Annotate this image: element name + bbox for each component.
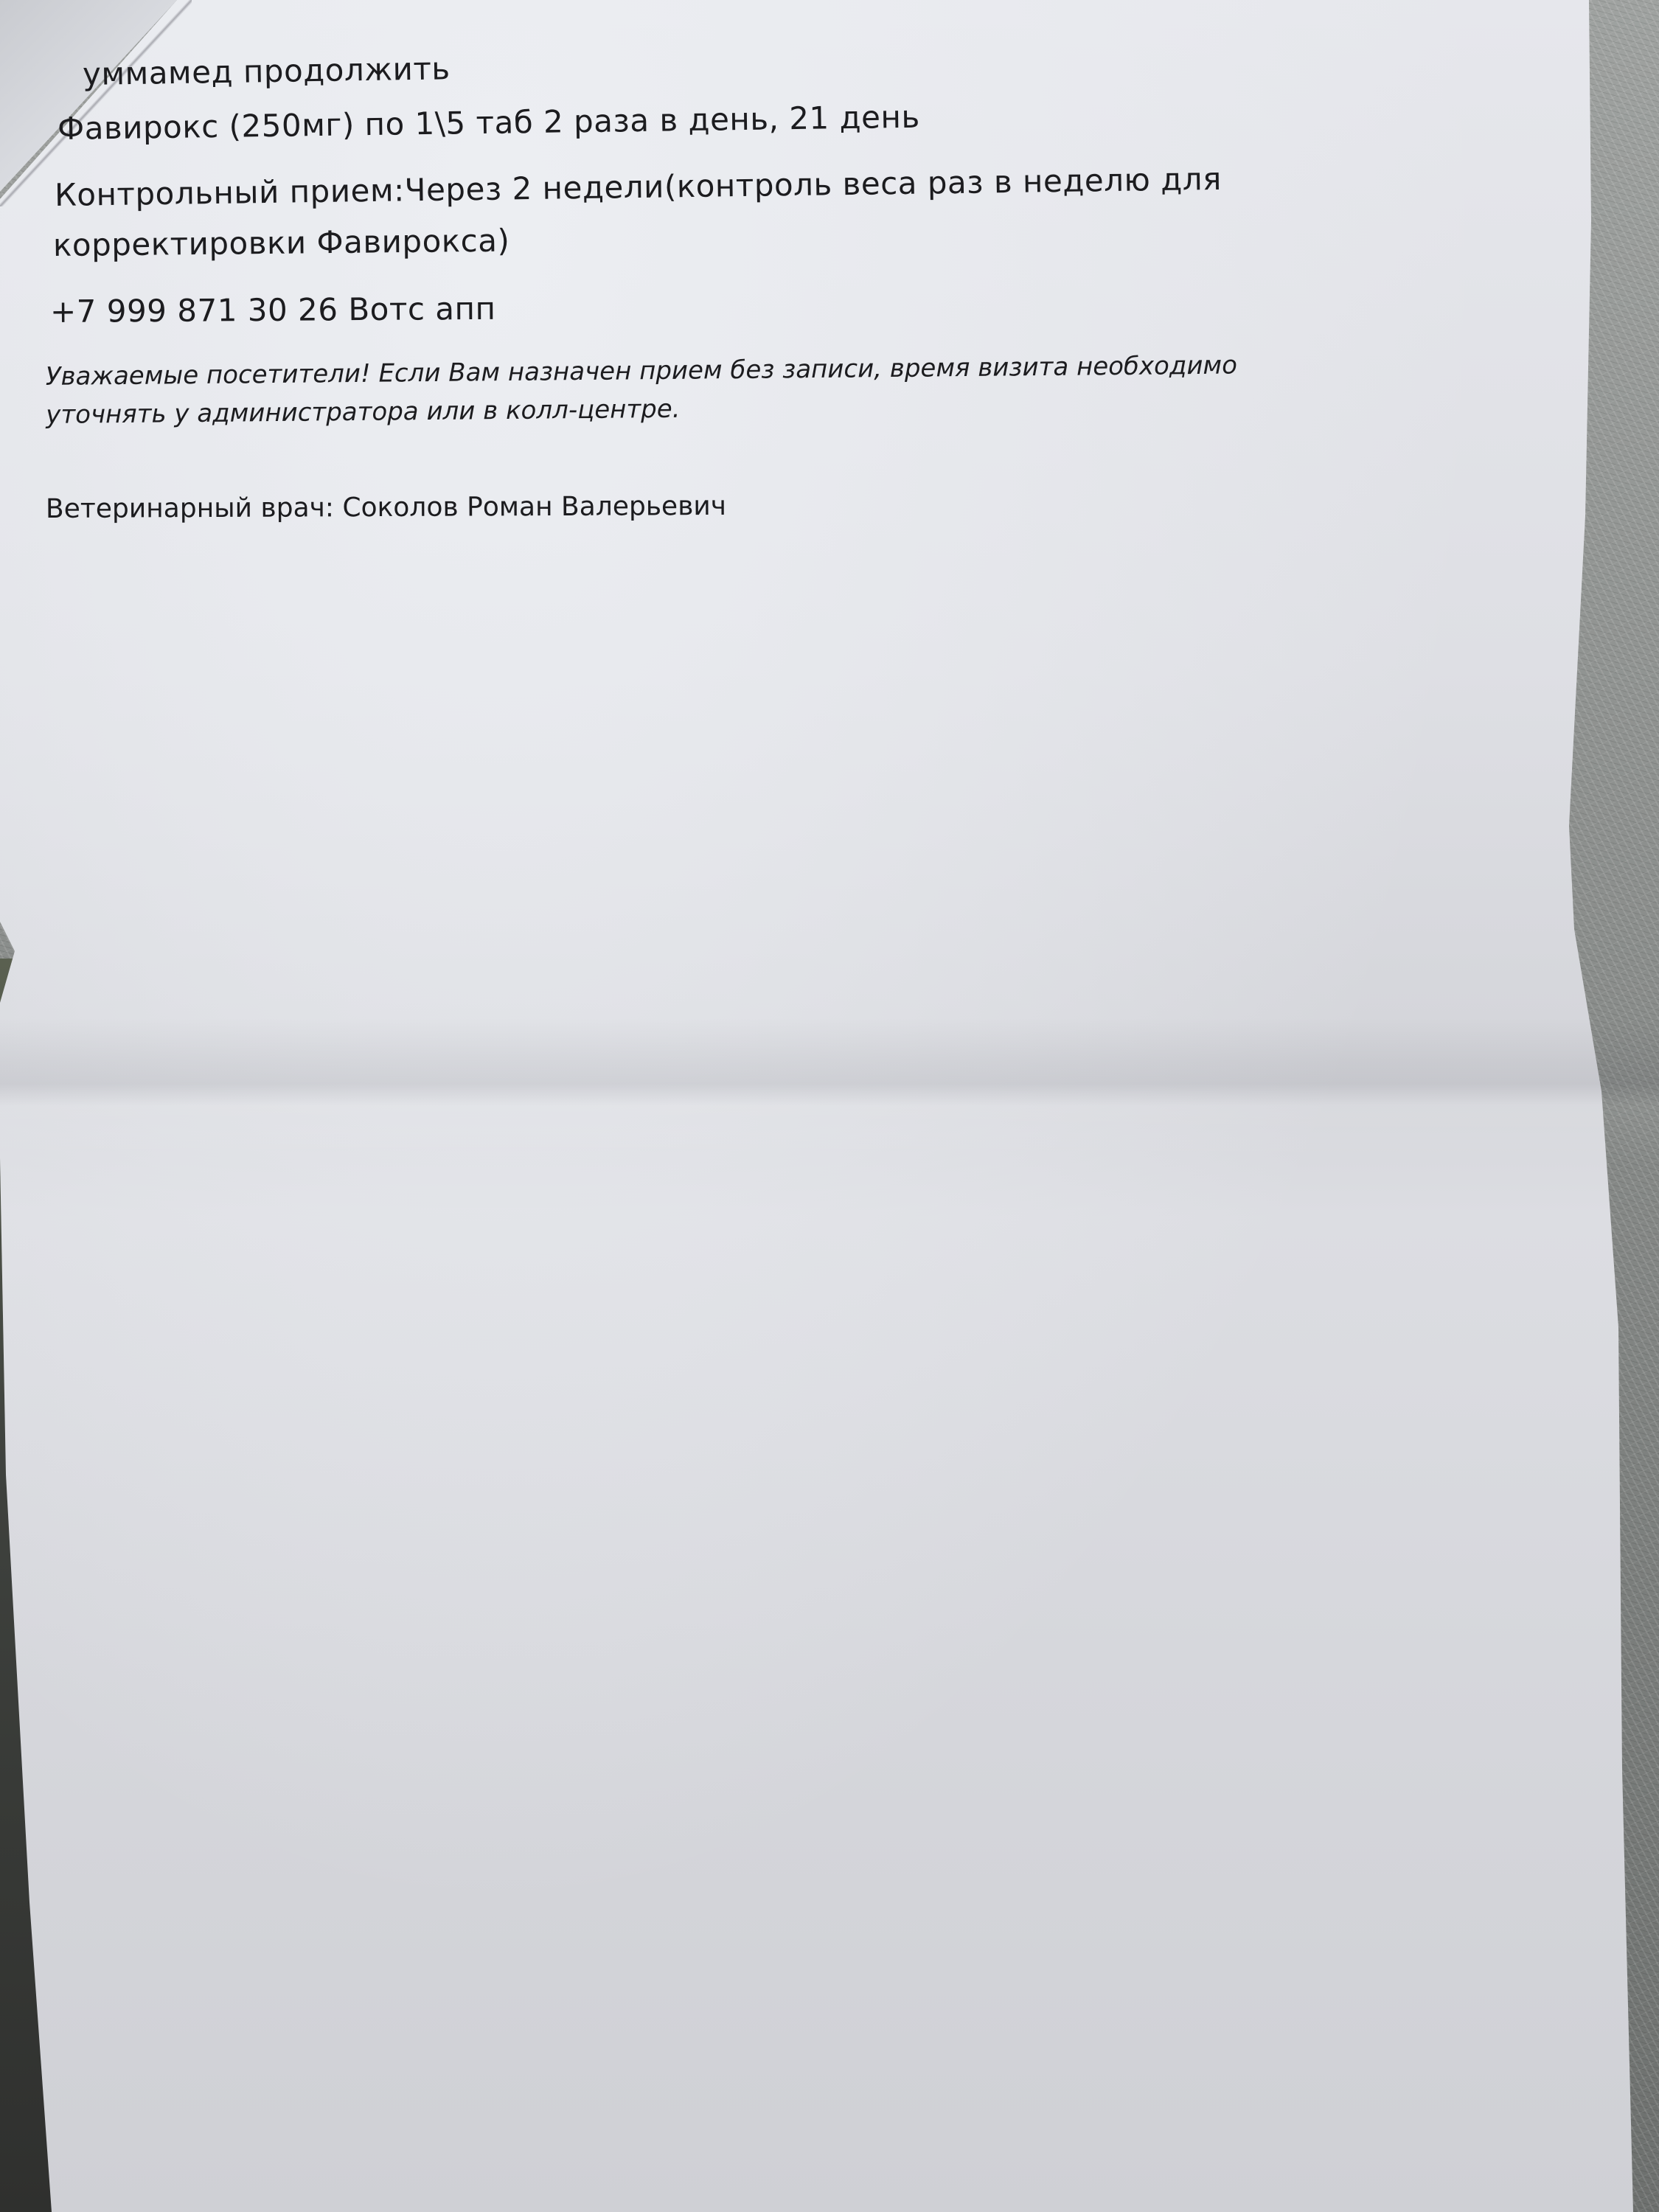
prescription-line-sumamed: уммамед продолжить: [83, 50, 451, 92]
doctor-name: Соколов Роман Валерьевич: [342, 491, 726, 523]
doctor-signature: Ветеринарный врач: Соколов Роман Валерье…: [46, 491, 726, 524]
control-visit-line-2: корректировки Фавирокса): [53, 223, 510, 263]
prescription-line-favirox: Фавирокс (250мг) по 1\5 таб 2 раза в ден…: [58, 99, 920, 147]
control-visit-line-1: Контрольный прием:Через 2 недели(контрол…: [55, 161, 1222, 213]
prescription-text: уммамед продолжить Фавирокс (250мг) по 1…: [0, 0, 1659, 2212]
contact-phone: +7 999 871 30 26 Вотс апп: [50, 291, 496, 330]
visitor-notice: Уважаемые посетители! Если Вам назначен …: [46, 346, 1238, 434]
doctor-label: Ветеринарный врач:: [46, 493, 334, 524]
